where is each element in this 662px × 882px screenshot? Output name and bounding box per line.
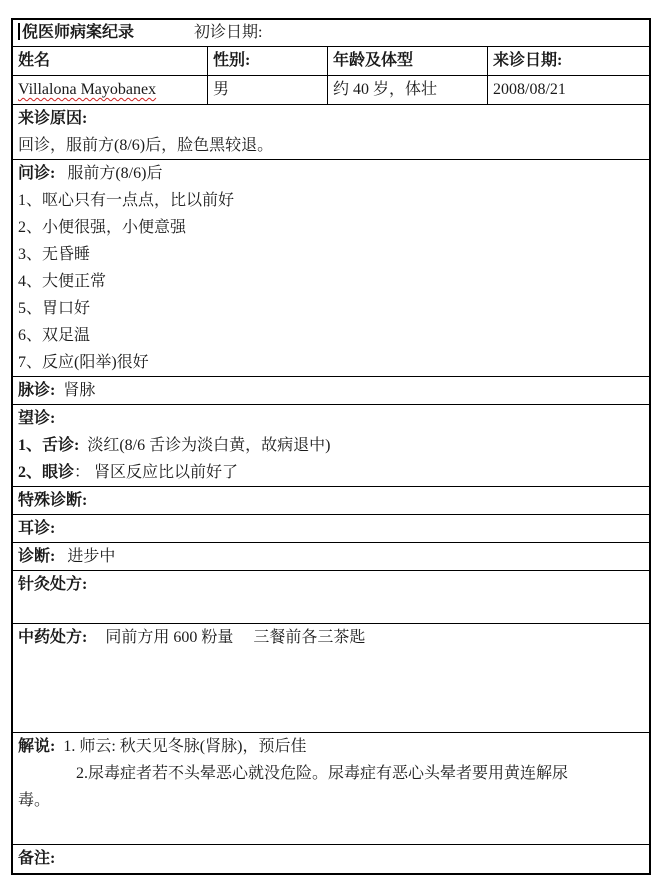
explanation-line3: 毒。 <box>18 787 649 814</box>
eye-content: ： 肾区反应比以前好了 <box>74 464 238 481</box>
notes-row[interactable]: 备注: <box>13 844 649 873</box>
observation-label: 望诊: <box>18 405 649 432</box>
ear-diagnosis-label: 耳诊: <box>18 520 55 537</box>
acupuncture-row[interactable]: 针灸处方: <box>13 570 649 623</box>
inquiry-item: 6、双足温 <box>18 322 649 349</box>
patient-age-cell[interactable]: 约 40 岁，体壮 <box>327 76 487 104</box>
acupuncture-label: 针灸处方: <box>18 576 87 593</box>
inquiry-row[interactable]: 问诊:服前方(8/6)后 1、呕心只有一点点，比以前好 2、小便很强，小便意强 … <box>13 159 649 376</box>
record-title: 倪医师病案纪录 <box>22 24 134 41</box>
explanation-label: 解说: <box>18 738 55 755</box>
tongue-item: 1、舌诊:淡红(8/6 舌诊为淡白黄，故病退中) <box>18 432 649 459</box>
explanation-line1-text: 1. 师云: 秋天见冬脉(肾脉)，预后佳 <box>63 738 306 755</box>
patient-visit-date: 2008/08/21 <box>493 81 566 98</box>
name-label: 姓名 <box>18 52 50 69</box>
tongue-content: 淡红(8/6 舌诊为淡白黄，故病退中) <box>87 437 330 454</box>
eye-item: 2、眼诊： 肾区反应比以前好了 <box>18 459 649 486</box>
visit-reason-row[interactable]: 来诊原因: 回诊，服前方(8/6)后，脸色黑较退。 <box>13 104 649 159</box>
case-record-table: 倪医师病案纪录 初诊日期: 姓名 性别: 年龄及体型 来诊日期: Villalo… <box>11 18 651 875</box>
pulse-content: 肾脉 <box>63 382 95 399</box>
explanation-line2: 2.尿毒症者若不头晕恶心就没危险。尿毒症有恶心头晕者要用黄连解尿 <box>18 760 649 787</box>
inquiry-header: 问诊:服前方(8/6)后 <box>18 160 649 187</box>
inquiry-label: 问诊: <box>18 165 55 182</box>
inquiry-item: 2、小便很强，小便意强 <box>18 214 649 241</box>
patient-age: 约 40 岁，体壮 <box>333 81 437 98</box>
inquiry-item: 7、反应(阳举)很好 <box>18 349 649 376</box>
age-label: 年龄及体型 <box>333 52 413 69</box>
pulse-row[interactable]: 脉诊:肾脉 <box>13 376 649 404</box>
explanation-row[interactable]: 解说:1. 师云: 秋天见冬脉(肾脉)，预后佳 2.尿毒症者若不头晕恶心就没危险… <box>13 732 649 844</box>
gender-label-cell[interactable]: 性别: <box>207 47 327 75</box>
observation-row[interactable]: 望诊: 1、舌诊:淡红(8/6 舌诊为淡白黄，故病退中) 2、眼诊： 肾区反应比… <box>13 404 649 486</box>
herbal-label: 中药处方: <box>18 629 87 646</box>
visit-reason-label: 来诊原因: <box>18 105 649 132</box>
pulse-label: 脉诊: <box>18 382 55 399</box>
first-visit-date-label: 初诊日期: <box>194 24 262 41</box>
herbal-prescription-row[interactable]: 中药处方:同前方用 600 粉量 三餐前各三茶匙 <box>13 623 649 732</box>
patient-visit-date-cell[interactable]: 2008/08/21 <box>487 76 649 104</box>
ear-diagnosis-row[interactable]: 耳诊: <box>13 514 649 542</box>
patient-value-row: Villalona Mayobanex 男 约 40 岁，体壮 2008/08/… <box>13 75 649 104</box>
notes-label: 备注: <box>18 850 55 867</box>
diagnosis-content: 进步中 <box>67 548 115 565</box>
patient-name-cell[interactable]: Villalona Mayobanex <box>13 76 207 104</box>
patient-header-row: 姓名 性别: 年龄及体型 来诊日期: <box>13 46 649 75</box>
patient-name: Villalona Mayobanex <box>18 81 156 98</box>
patient-gender-cell[interactable]: 男 <box>207 76 327 104</box>
diagnosis-row[interactable]: 诊断:进步中 <box>13 542 649 570</box>
special-diagnosis-label: 特殊诊断: <box>18 492 87 509</box>
diagnosis-label: 诊断: <box>18 548 55 565</box>
age-label-cell[interactable]: 年龄及体型 <box>327 47 487 75</box>
explanation-line1: 解说:1. 师云: 秋天见冬脉(肾脉)，预后佳 <box>18 733 649 760</box>
inquiry-item: 3、无昏睡 <box>18 241 649 268</box>
text-cursor <box>18 23 20 40</box>
eye-label: 2、眼诊 <box>18 464 74 481</box>
document-page: 倪医师病案纪录 初诊日期: 姓名 性别: 年龄及体型 来诊日期: Villalo… <box>0 0 662 882</box>
inquiry-item: 1、呕心只有一点点，比以前好 <box>18 187 649 214</box>
title-row[interactable]: 倪医师病案纪录 初诊日期: <box>13 20 649 46</box>
visit-date-label: 来诊日期: <box>493 52 562 69</box>
name-label-cell[interactable]: 姓名 <box>13 47 207 75</box>
patient-gender: 男 <box>213 81 229 98</box>
visit-reason-content: 回诊，服前方(8/6)后，脸色黑较退。 <box>18 132 649 159</box>
gender-label: 性别: <box>213 52 250 69</box>
inquiry-intro: 服前方(8/6)后 <box>67 165 162 182</box>
special-diagnosis-row[interactable]: 特殊诊断: <box>13 486 649 514</box>
visit-date-label-cell[interactable]: 来诊日期: <box>487 47 649 75</box>
inquiry-item: 5、胃口好 <box>18 295 649 322</box>
inquiry-item: 4、大便正常 <box>18 268 649 295</box>
herbal-content: 同前方用 600 粉量 三餐前各三茶匙 <box>105 629 365 646</box>
tongue-label: 1、舌诊: <box>18 437 79 454</box>
